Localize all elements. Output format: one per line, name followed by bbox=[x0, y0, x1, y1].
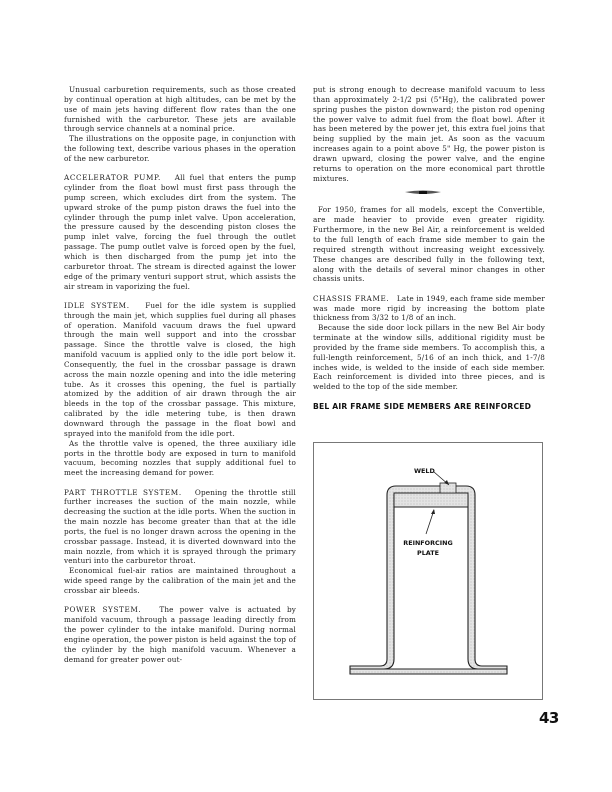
chassis-frame-heading: CHASSIS FRAME. bbox=[313, 294, 389, 303]
part-throttle-paragraph-2: Economical fuel-air ratios are maintaine… bbox=[64, 566, 296, 596]
ornament-icon bbox=[405, 189, 441, 194]
frame-diagram-illustration: WELD REINFORCING PLATE bbox=[314, 443, 544, 701]
idle-system-paragraph-2: As the throttle valve is opened, the thr… bbox=[64, 439, 296, 478]
frame-cross-section-figure: WELD REINFORCING PLATE bbox=[313, 442, 543, 700]
left-column: Unusual carburetion requirements, such a… bbox=[64, 85, 296, 664]
idle-system-heading: IDLE SYSTEM. bbox=[64, 301, 130, 310]
reinforcing-plate-label-line2: PLATE bbox=[417, 549, 439, 557]
idle-system-text: Fuel for the idle system is supplied thr… bbox=[64, 301, 296, 438]
part-throttle-section: PART THROTTLE SYSTEM. Opening the thrott… bbox=[64, 488, 296, 567]
part-throttle-heading: PART THROTTLE SYSTEM. bbox=[64, 488, 182, 497]
section-divider-ornament bbox=[313, 183, 545, 205]
accelerator-pump-section: ACCELERATOR PUMP. All fuel that enters t… bbox=[64, 173, 296, 291]
part-throttle-text: Opening the throttle still further incre… bbox=[64, 488, 296, 566]
chassis-frame-section: CHASSIS FRAME. Late in 1949, each frame … bbox=[313, 294, 545, 324]
right-column: put is strong enough to decrease manifol… bbox=[313, 85, 545, 412]
chassis-frame-paragraph-2: Because the side door lock pillars in th… bbox=[313, 323, 545, 392]
power-system-continued: put is strong enough to decrease manifol… bbox=[313, 85, 545, 183]
idle-system-section: IDLE SYSTEM. Fuel for the idle system is… bbox=[64, 301, 296, 439]
page-number: 43 bbox=[539, 709, 559, 727]
power-system-section: POWER SYSTEM. The power valve is actuate… bbox=[64, 605, 296, 664]
frames-intro-paragraph: For 1950, frames for all models, except … bbox=[313, 205, 545, 284]
figure-title: BEL AIR FRAME SIDE MEMBERS ARE REINFORCE… bbox=[313, 402, 545, 412]
intro-paragraph-1: Unusual carburetion requirements, such a… bbox=[64, 85, 296, 134]
accelerator-pump-heading: ACCELERATOR PUMP. bbox=[64, 173, 161, 182]
weld-label: WELD bbox=[414, 467, 435, 475]
intro-paragraph-2: The illustrations on the opposite page, … bbox=[64, 134, 296, 164]
reinforcing-plate-label-line1: REINFORCING bbox=[403, 539, 452, 547]
power-system-heading: POWER SYSTEM. bbox=[64, 605, 141, 614]
accelerator-pump-text: All fuel that enters the pump cylinder f… bbox=[64, 173, 296, 290]
